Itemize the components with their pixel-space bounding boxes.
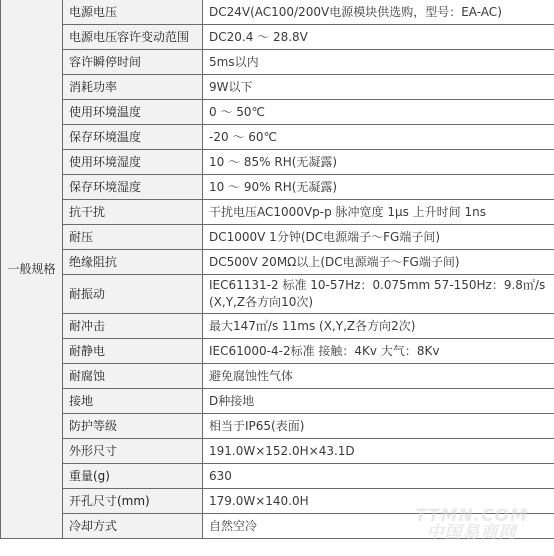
spec-label: 开孔尺寸(mm) bbox=[63, 489, 203, 514]
spec-label: 重量(g) bbox=[63, 464, 203, 489]
spec-label: 耐腐蚀 bbox=[63, 364, 203, 389]
table-row: 耐静电 IEC61000-4-2标准 接触：4Kv 大气：8Kv bbox=[1, 339, 554, 364]
spec-value: -20 ～ 60℃ bbox=[203, 125, 554, 150]
spec-label: 保存环境温度 bbox=[63, 125, 203, 150]
spec-label: 耐静电 bbox=[63, 339, 203, 364]
spec-value: 最大147㎡/s 11ms (X,Y,Z各方向2次) bbox=[203, 314, 554, 339]
group-label: 一般规格 bbox=[1, 0, 63, 539]
spec-label: 保存环境湿度 bbox=[63, 175, 203, 200]
spec-value: 179.0W×140.0H bbox=[203, 489, 554, 514]
spec-label: 抗干扰 bbox=[63, 200, 203, 225]
spec-label: 电源电压容许变动范围 bbox=[63, 25, 203, 50]
spec-value: 避免腐蚀性气体 bbox=[203, 364, 554, 389]
table-row: 消耗功率 9W以下 bbox=[1, 75, 554, 100]
spec-label: 消耗功率 bbox=[63, 75, 203, 100]
spec-value: DC24V(AC100/200V电源模块供选购，型号：EA-AC) bbox=[203, 0, 554, 25]
spec-label: 容许瞬停时间 bbox=[63, 50, 203, 75]
spec-label: 接地 bbox=[63, 389, 203, 414]
table-row: 耐冲击 最大147㎡/s 11ms (X,Y,Z各方向2次) bbox=[1, 314, 554, 339]
spec-label: 使用环境湿度 bbox=[63, 150, 203, 175]
spec-value: 630 bbox=[203, 464, 554, 489]
spec-value: D种接地 bbox=[203, 389, 554, 414]
table-row: 使用环境温度 0 ～ 50℃ bbox=[1, 100, 554, 125]
spec-value: 5ms以内 bbox=[203, 50, 554, 75]
table-row: 外形尺寸 191.0W×152.0H×43.1D bbox=[1, 439, 554, 464]
spec-value: 10 ～ 90% RH(无凝露) bbox=[203, 175, 554, 200]
table-row: 绝缘阻抗 DC500V 20MΩ以上(DC电源端子～FG端子间) bbox=[1, 250, 554, 275]
spec-value: DC20.4 ～ 28.8V bbox=[203, 25, 554, 50]
table-row: 抗干扰 干扰电压AC1000Vp-p 脉冲宽度 1μs 上升时间 1ns bbox=[1, 200, 554, 225]
general-specs-table: 一般规格 电源电压 DC24V(AC100/200V电源模块供选购，型号：EA-… bbox=[0, 0, 554, 539]
spec-value: IEC61131-2 标准 10-57Hz：0.075mm 57-150Hz：9… bbox=[203, 275, 554, 314]
table-row: 接地 D种接地 bbox=[1, 389, 554, 414]
spec-value: 9W以下 bbox=[203, 75, 554, 100]
spec-label: 使用环境温度 bbox=[63, 100, 203, 125]
table-row: 耐腐蚀 避免腐蚀性气体 bbox=[1, 364, 554, 389]
table-row: 保存环境湿度 10 ～ 90% RH(无凝露) bbox=[1, 175, 554, 200]
spec-value: 191.0W×152.0H×43.1D bbox=[203, 439, 554, 464]
spec-label: 冷却方式 bbox=[63, 514, 203, 539]
spec-value: 0 ～ 50℃ bbox=[203, 100, 554, 125]
table-row: 冷却方式 自然空冷 bbox=[1, 514, 554, 539]
table-row: 使用环境湿度 10 ～ 85% RH(无凝露) bbox=[1, 150, 554, 175]
spec-label: 耐振动 bbox=[63, 275, 203, 314]
spec-label: 外形尺寸 bbox=[63, 439, 203, 464]
spec-value: 干扰电压AC1000Vp-p 脉冲宽度 1μs 上升时间 1ns bbox=[203, 200, 554, 225]
table-row: 容许瞬停时间 5ms以内 bbox=[1, 50, 554, 75]
spec-value: 相当于IP65(表面) bbox=[203, 414, 554, 439]
spec-label: 防护等级 bbox=[63, 414, 203, 439]
spec-label: 电源电压 bbox=[63, 0, 203, 25]
spec-label: 耐压 bbox=[63, 225, 203, 250]
table-row: 开孔尺寸(mm) 179.0W×140.0H bbox=[1, 489, 554, 514]
table-row: 一般规格 电源电压 DC24V(AC100/200V电源模块供选购，型号：EA-… bbox=[1, 0, 554, 25]
spec-value: 10 ～ 85% RH(无凝露) bbox=[203, 150, 554, 175]
spec-value: DC1000V 1分钟(DC电源端子～FG端子间) bbox=[203, 225, 554, 250]
spec-value: IEC61000-4-2标准 接触：4Kv 大气：8Kv bbox=[203, 339, 554, 364]
table-row: 保存环境温度 -20 ～ 60℃ bbox=[1, 125, 554, 150]
spec-label: 绝缘阻抗 bbox=[63, 250, 203, 275]
table-row: 重量(g) 630 bbox=[1, 464, 554, 489]
table-row: 耐压 DC1000V 1分钟(DC电源端子～FG端子间) bbox=[1, 225, 554, 250]
spec-value: DC500V 20MΩ以上(DC电源端子～FG端子间) bbox=[203, 250, 554, 275]
table-row: 耐振动 IEC61131-2 标准 10-57Hz：0.075mm 57-150… bbox=[1, 275, 554, 314]
spec-label: 耐冲击 bbox=[63, 314, 203, 339]
table-row: 防护等级 相当于IP65(表面) bbox=[1, 414, 554, 439]
table-row: 电源电压容许变动范围 DC20.4 ～ 28.8V bbox=[1, 25, 554, 50]
spec-value: 自然空冷 bbox=[203, 514, 554, 539]
